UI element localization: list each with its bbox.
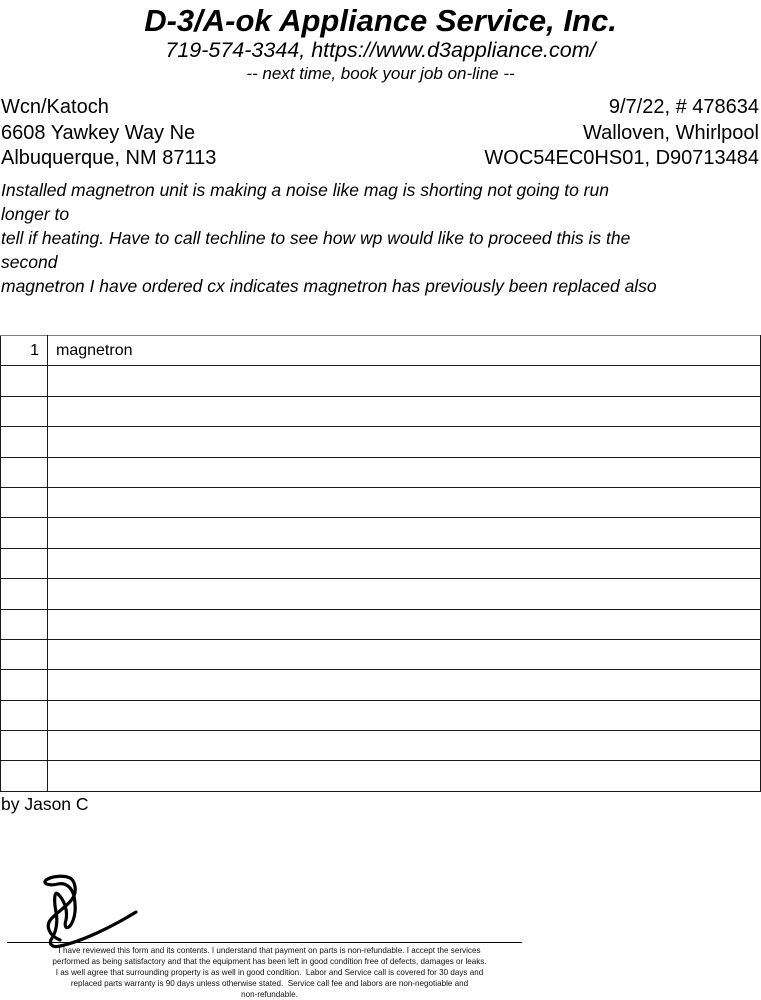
table-row bbox=[1, 427, 761, 457]
part-description bbox=[48, 427, 761, 457]
disclaimer-line: non-refundable. bbox=[7, 989, 532, 1000]
customer-street: 6608 Yawkey Way Ne bbox=[1, 121, 216, 147]
table-row bbox=[1, 518, 761, 548]
part-qty bbox=[1, 518, 48, 548]
part-qty bbox=[1, 731, 48, 761]
part-qty: 1 bbox=[1, 336, 48, 366]
part-qty bbox=[1, 639, 48, 669]
part-description bbox=[48, 639, 761, 669]
job-model-serial: WOC54EC0HS01, D90713484 bbox=[484, 146, 759, 172]
part-qty bbox=[1, 457, 48, 487]
part-qty bbox=[1, 579, 48, 609]
part-description bbox=[48, 609, 761, 639]
service-note-line: tell if heating. Have to call techline t… bbox=[1, 226, 756, 250]
service-note-line: second bbox=[1, 250, 756, 274]
table-row bbox=[1, 579, 761, 609]
table-row bbox=[1, 548, 761, 578]
disclaimer-text: I have reviewed this form and its conten… bbox=[7, 945, 532, 1000]
signature-line bbox=[7, 942, 522, 943]
table-row bbox=[1, 487, 761, 517]
table-row bbox=[1, 609, 761, 639]
table-row bbox=[1, 761, 761, 791]
part-qty bbox=[1, 670, 48, 700]
part-description bbox=[48, 670, 761, 700]
job-date-number: 9/7/22, # 478634 bbox=[484, 95, 759, 121]
part-qty bbox=[1, 548, 48, 578]
table-row bbox=[1, 700, 761, 730]
part-description bbox=[48, 518, 761, 548]
service-note-line: magnetron I have ordered cx indicates ma… bbox=[1, 274, 756, 298]
service-notes: Installed magnetron unit is making a noi… bbox=[1, 178, 756, 298]
part-qty bbox=[1, 396, 48, 426]
part-qty bbox=[1, 487, 48, 517]
disclaimer-line: I have reviewed this form and its conten… bbox=[7, 945, 532, 956]
technician-name: by Jason C bbox=[1, 793, 89, 815]
table-row bbox=[1, 457, 761, 487]
part-qty bbox=[1, 427, 48, 457]
customer-city-state-zip: Albuquerque, NM 87113 bbox=[1, 146, 216, 172]
disclaimer-line: replaced parts warranty is 90 days unles… bbox=[7, 978, 532, 989]
table-row bbox=[1, 366, 761, 396]
part-description bbox=[48, 579, 761, 609]
table-row bbox=[1, 396, 761, 426]
part-description bbox=[48, 396, 761, 426]
company-contact: 719-574-3344, https://www.d3appliance.co… bbox=[0, 37, 761, 63]
table-row bbox=[1, 670, 761, 700]
company-name: D-3/A-ok Appliance Service, Inc. bbox=[0, 1, 761, 41]
service-note-line: Installed magnetron unit is making a noi… bbox=[1, 178, 756, 202]
part-qty bbox=[1, 761, 48, 791]
job-appliance: Walloven, Whirlpool bbox=[484, 121, 759, 147]
part-description bbox=[48, 487, 761, 517]
table-row bbox=[1, 731, 761, 761]
part-qty bbox=[1, 609, 48, 639]
part-description: magnetron bbox=[48, 336, 761, 366]
table-row: 1magnetron bbox=[1, 336, 761, 366]
part-qty bbox=[1, 366, 48, 396]
customer-name: Wcn/Katoch bbox=[1, 95, 216, 121]
job-info-block: 9/7/22, # 478634 Walloven, Whirlpool WOC… bbox=[484, 95, 759, 172]
part-description bbox=[48, 761, 761, 791]
table-row bbox=[1, 639, 761, 669]
customer-address-block: Wcn/Katoch 6608 Yawkey Way Ne Albuquerqu… bbox=[1, 95, 216, 172]
company-tagline: -- next time, book your job on-line -- bbox=[0, 63, 761, 85]
signature-icon bbox=[30, 866, 150, 951]
service-note-line: longer to bbox=[1, 202, 756, 226]
part-description bbox=[48, 731, 761, 761]
part-description bbox=[48, 366, 761, 396]
parts-table: 1magnetron bbox=[0, 335, 761, 792]
part-description bbox=[48, 457, 761, 487]
part-description bbox=[48, 548, 761, 578]
part-description bbox=[48, 700, 761, 730]
part-qty bbox=[1, 700, 48, 730]
disclaimer-line: I as well agree that surrounding propert… bbox=[7, 967, 532, 978]
disclaimer-line: performed as being satisfactory and that… bbox=[7, 956, 532, 967]
